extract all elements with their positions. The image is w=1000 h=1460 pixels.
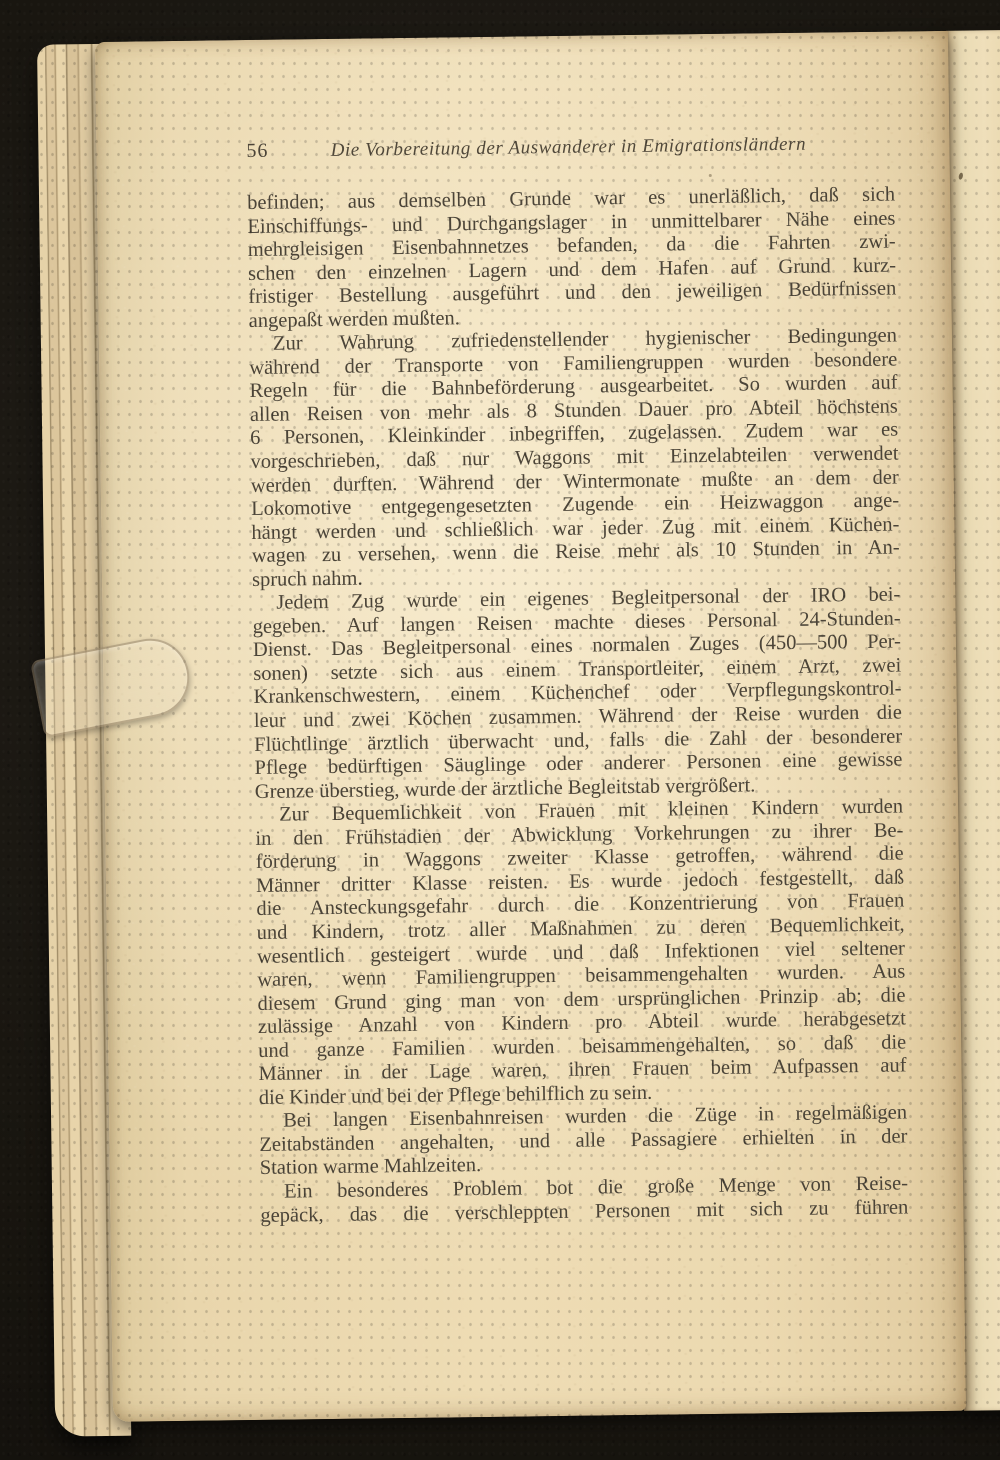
paragraph: Zur Wahrung zufriedenstellender hygienis… xyxy=(249,325,900,592)
page-body: befinden; aus demselben Grunde war es un… xyxy=(247,184,909,1228)
page-header: 56 Die Vorbereitung der Auswanderer in E… xyxy=(246,132,894,164)
page-content: 56 Die Vorbereitung der Auswanderer in E… xyxy=(95,31,963,1230)
paragraph: Jedem Zug wurde ein eigenes Begleitperso… xyxy=(252,584,903,804)
paragraph: befinden; aus demselben Grunde war es un… xyxy=(247,184,897,334)
paragraph: Zur Bequemlichkeit von Frauen mit kleine… xyxy=(255,796,907,1111)
running-header: Die Vorbereitung der Auswanderer in Emig… xyxy=(308,133,894,163)
book: 56 Die Vorbereitung der Auswanderer in E… xyxy=(95,30,1000,1422)
page-number: 56 xyxy=(246,139,308,163)
paragraph: Bei langen Eisenbahnreisen wurden die Zü… xyxy=(259,1102,908,1181)
scanned-book-photo: 56 Die Vorbereitung der Auswanderer in E… xyxy=(0,0,1000,1460)
book-page: 56 Die Vorbereitung der Auswanderer in E… xyxy=(95,31,966,1422)
paragraph: Ein besonderes Problem bot die große Men… xyxy=(260,1172,909,1228)
